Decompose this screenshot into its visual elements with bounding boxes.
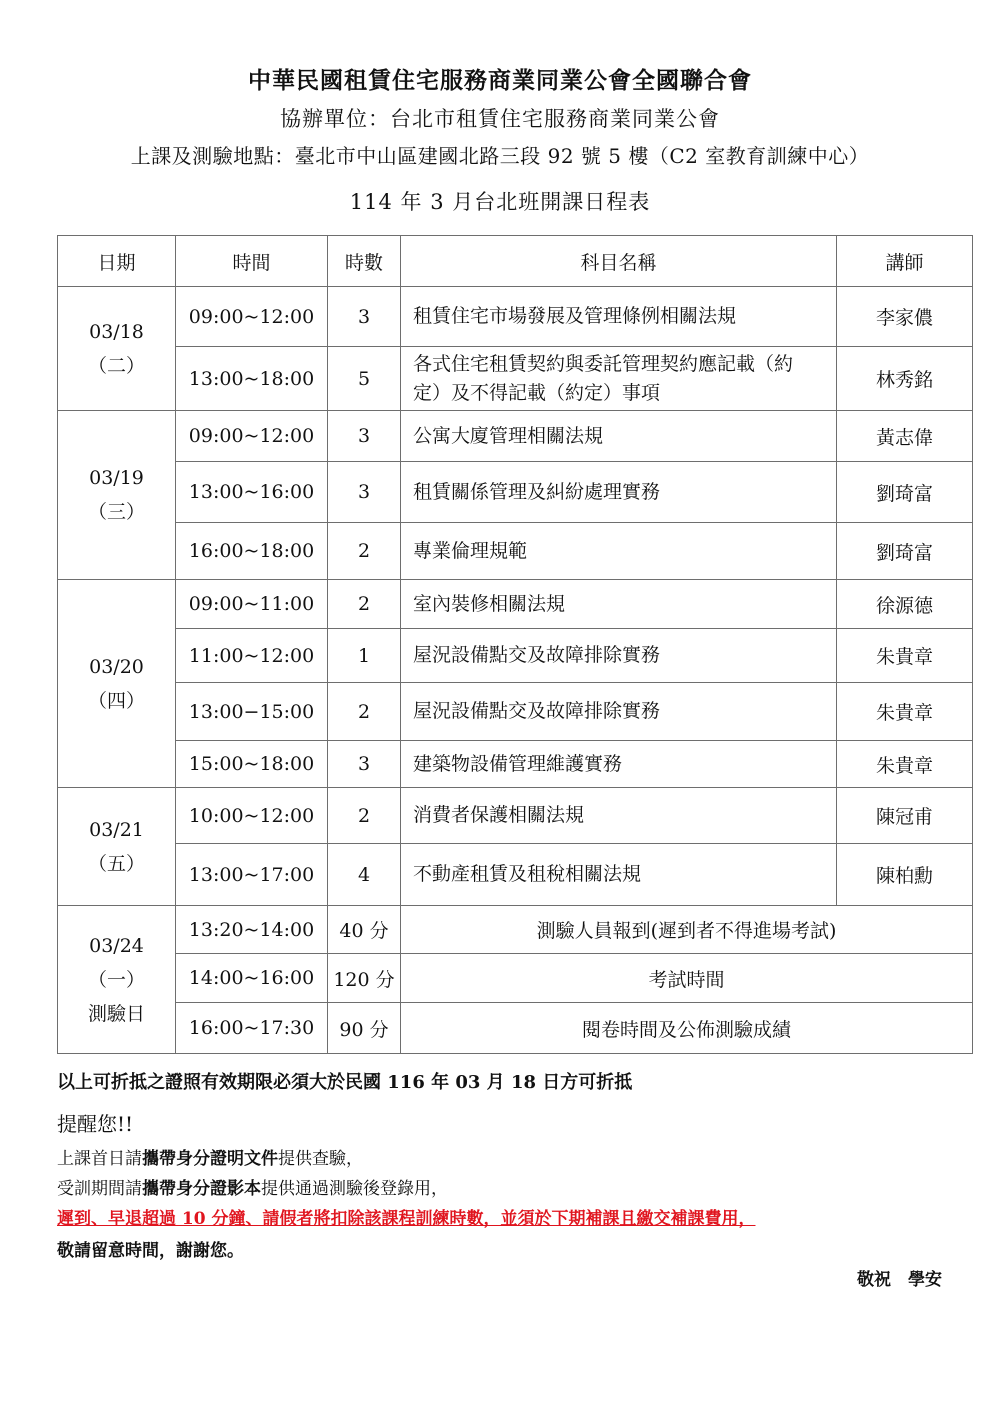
table-row: 15:00~18:00 3 建築物設備管理維護實務 朱貴章 bbox=[58, 741, 973, 788]
text: 提供查驗， bbox=[278, 1149, 363, 1169]
reminder-title: 提醒您!! bbox=[57, 1108, 133, 1137]
exam-day-label: 測驗日 bbox=[58, 997, 175, 1031]
date: 03/19 bbox=[58, 461, 175, 495]
location: 上課及測驗地點：臺北市中山區建國北路三段 92 號 5 樓（C2 室教育訓練中心… bbox=[0, 140, 1000, 169]
hours-cell: 40 分 bbox=[328, 906, 401, 954]
table-row: 03/18 （二） 09:00~12:00 3 租賃住宅市場發展及管理條例相關法… bbox=[58, 287, 973, 347]
table-row: 13:00~17:00 4 不動產租賃及租稅相關法規 陳柏勳 bbox=[58, 844, 973, 906]
table-row: 14:00~16:00 120 分 考試時間 bbox=[58, 954, 973, 1003]
subject-cell: 室內裝修相關法規 bbox=[401, 580, 837, 629]
instructor-cell: 朱貴章 bbox=[837, 629, 973, 683]
hours-cell: 5 bbox=[328, 347, 401, 411]
subject-cell: 公寓大廈管理相關法規 bbox=[401, 411, 837, 462]
table-row: 13:00−15:00 2 屋況設備點交及故障排除實務 朱貴章 bbox=[58, 683, 973, 741]
text: 提供通過測驗後登錄用， bbox=[261, 1179, 448, 1199]
date-cell: 03/24 （一） 測驗日 bbox=[58, 906, 176, 1054]
column-header-subject: 科目名稱 bbox=[401, 236, 837, 287]
schedule-table: 日期 時間 時數 科目名稱 講師 03/18 （二） 09:00~12:00 3… bbox=[57, 235, 973, 1054]
hours-cell: 90 分 bbox=[328, 1003, 401, 1054]
instructor-cell: 劉琦富 bbox=[837, 462, 973, 523]
emphasis: 攜帶身分證明文件 bbox=[142, 1149, 278, 1169]
hours-cell: 3 bbox=[328, 741, 401, 788]
table-row: 03/21 （五） 10:00~12:00 2 消費者保護相關法規 陳冠甫 bbox=[58, 788, 973, 844]
time-cell: 13:00~17:00 bbox=[176, 844, 328, 906]
instructor-cell: 劉琦富 bbox=[837, 523, 973, 580]
date: 03/18 bbox=[58, 315, 175, 349]
closing-line: 敬請留意時間，謝謝您。 bbox=[57, 1236, 244, 1261]
table-row: 03/24 （一） 測驗日 13:20~14:00 40 分 測驗人員報到(遲到… bbox=[58, 906, 973, 954]
hours-cell: 3 bbox=[328, 462, 401, 523]
time-cell: 09:00~12:00 bbox=[176, 411, 328, 462]
instructor-cell: 黃志偉 bbox=[837, 411, 973, 462]
emphasis: 攜帶身分證影本 bbox=[142, 1179, 261, 1199]
weekday: （三） bbox=[58, 495, 175, 529]
text: 受訓期間請 bbox=[57, 1179, 142, 1199]
instructor-cell: 陳柏勳 bbox=[837, 844, 973, 906]
time-cell: 16:00~18:00 bbox=[176, 523, 328, 580]
table-row: 03/19 （三） 09:00~12:00 3 公寓大廈管理相關法規 黃志偉 bbox=[58, 411, 973, 462]
subject-cell: 專業倫理規範 bbox=[401, 523, 837, 580]
schedule-title: 114 年 3 月台北班開課日程表 bbox=[0, 186, 1000, 216]
instructor-cell: 朱貴章 bbox=[837, 683, 973, 741]
weekday: （二） bbox=[58, 349, 175, 383]
hours-cell: 3 bbox=[328, 287, 401, 347]
instructor-cell: 徐源德 bbox=[837, 580, 973, 629]
time-cell: 11:00~12:00 bbox=[176, 629, 328, 683]
reminder-line-1: 上課首日請攜帶身分證明文件提供查驗， bbox=[57, 1144, 363, 1169]
time-cell: 13:00−15:00 bbox=[176, 683, 328, 741]
time-cell: 09:00~11:00 bbox=[176, 580, 328, 629]
date-cell: 03/21 （五） bbox=[58, 788, 176, 906]
late-warning: 遲到、早退超過 10 分鐘、請假者將扣除該課程訓練時數，並須於下期補課且繳交補課… bbox=[57, 1204, 756, 1229]
instructor-cell: 林秀銘 bbox=[837, 347, 973, 411]
column-header-time: 時間 bbox=[176, 236, 328, 287]
weekday: （五） bbox=[58, 847, 175, 881]
organization-title: 中華民國租賃住宅服務商業同業公會全國聯合會 bbox=[0, 62, 1000, 95]
date-cell: 03/18 （二） bbox=[58, 287, 176, 411]
hours-cell: 1 bbox=[328, 629, 401, 683]
subject-cell: 不動產租賃及租稅相關法規 bbox=[401, 844, 837, 906]
table-row: 13:00~18:00 5 各式住宅租賃契約與委託管理契約應記載（約定）及不得記… bbox=[58, 347, 973, 411]
text: 上課首日請 bbox=[57, 1149, 142, 1169]
subject-cell: 各式住宅租賃契約與委託管理契約應記載（約定）及不得記載（約定）事項 bbox=[401, 347, 837, 411]
column-header-hours: 時數 bbox=[328, 236, 401, 287]
table-row: 03/20 （四） 09:00~11:00 2 室內裝修相關法規 徐源德 bbox=[58, 580, 973, 629]
time-cell: 09:00~12:00 bbox=[176, 287, 328, 347]
time-cell: 14:00~16:00 bbox=[176, 954, 328, 1003]
date: 03/24 bbox=[58, 929, 175, 963]
time-cell: 13:00~16:00 bbox=[176, 462, 328, 523]
hours-cell: 2 bbox=[328, 683, 401, 741]
time-cell: 13:20~14:00 bbox=[176, 906, 328, 954]
instructor-cell: 陳冠甫 bbox=[837, 788, 973, 844]
hours-cell: 120 分 bbox=[328, 954, 401, 1003]
subject-cell: 閱卷時間及公佈測驗成績 bbox=[401, 1003, 973, 1054]
reminder-line-2: 受訓期間請攜帶身分證影本提供通過測驗後登錄用， bbox=[57, 1174, 448, 1199]
table-row: 16:00~17:30 90 分 閱卷時間及公佈測驗成績 bbox=[58, 1003, 973, 1054]
hours-cell: 2 bbox=[328, 788, 401, 844]
weekday: （一） bbox=[58, 963, 175, 997]
hours-cell: 2 bbox=[328, 580, 401, 629]
subject-cell: 消費者保護相關法規 bbox=[401, 788, 837, 844]
subject-cell: 租賃關係管理及糾紛處理實務 bbox=[401, 462, 837, 523]
co-organizer: 協辦單位：台北市租賃住宅服務商業同業公會 bbox=[0, 103, 1000, 133]
table-header-row: 日期 時間 時數 科目名稱 講師 bbox=[58, 236, 973, 287]
instructor-cell: 李家儂 bbox=[837, 287, 973, 347]
signoff: 敬祝 學安 bbox=[857, 1265, 942, 1290]
time-cell: 15:00~18:00 bbox=[176, 741, 328, 788]
time-cell: 16:00~17:30 bbox=[176, 1003, 328, 1054]
subject-cell: 屋況設備點交及故障排除實務 bbox=[401, 683, 837, 741]
hours-cell: 2 bbox=[328, 523, 401, 580]
date: 03/21 bbox=[58, 813, 175, 847]
hours-cell: 4 bbox=[328, 844, 401, 906]
table-row: 11:00~12:00 1 屋況設備點交及故障排除實務 朱貴章 bbox=[58, 629, 973, 683]
column-header-instructor: 講師 bbox=[837, 236, 973, 287]
instructor-cell: 朱貴章 bbox=[837, 741, 973, 788]
subject-cell: 測驗人員報到(遲到者不得進場考試) bbox=[401, 906, 973, 954]
table-row: 13:00~16:00 3 租賃關係管理及糾紛處理實務 劉琦富 bbox=[58, 462, 973, 523]
date-cell: 03/19 （三） bbox=[58, 411, 176, 580]
hours-cell: 3 bbox=[328, 411, 401, 462]
time-cell: 10:00~12:00 bbox=[176, 788, 328, 844]
subject-cell: 租賃住宅市場發展及管理條例相關法規 bbox=[401, 287, 837, 347]
time-cell: 13:00~18:00 bbox=[176, 347, 328, 411]
table-row: 16:00~18:00 2 專業倫理規範 劉琦富 bbox=[58, 523, 973, 580]
date-cell: 03/20 （四） bbox=[58, 580, 176, 788]
weekday: （四） bbox=[58, 684, 175, 718]
subject-cell: 考試時間 bbox=[401, 954, 973, 1003]
date: 03/20 bbox=[58, 650, 175, 684]
column-header-date: 日期 bbox=[58, 236, 176, 287]
subject-cell: 建築物設備管理維護實務 bbox=[401, 741, 837, 788]
validity-note: 以上可折抵之證照有效期限必須大於民國 116 年 03 月 18 日方可折抵 bbox=[57, 1068, 632, 1094]
subject-cell: 屋況設備點交及故障排除實務 bbox=[401, 629, 837, 683]
